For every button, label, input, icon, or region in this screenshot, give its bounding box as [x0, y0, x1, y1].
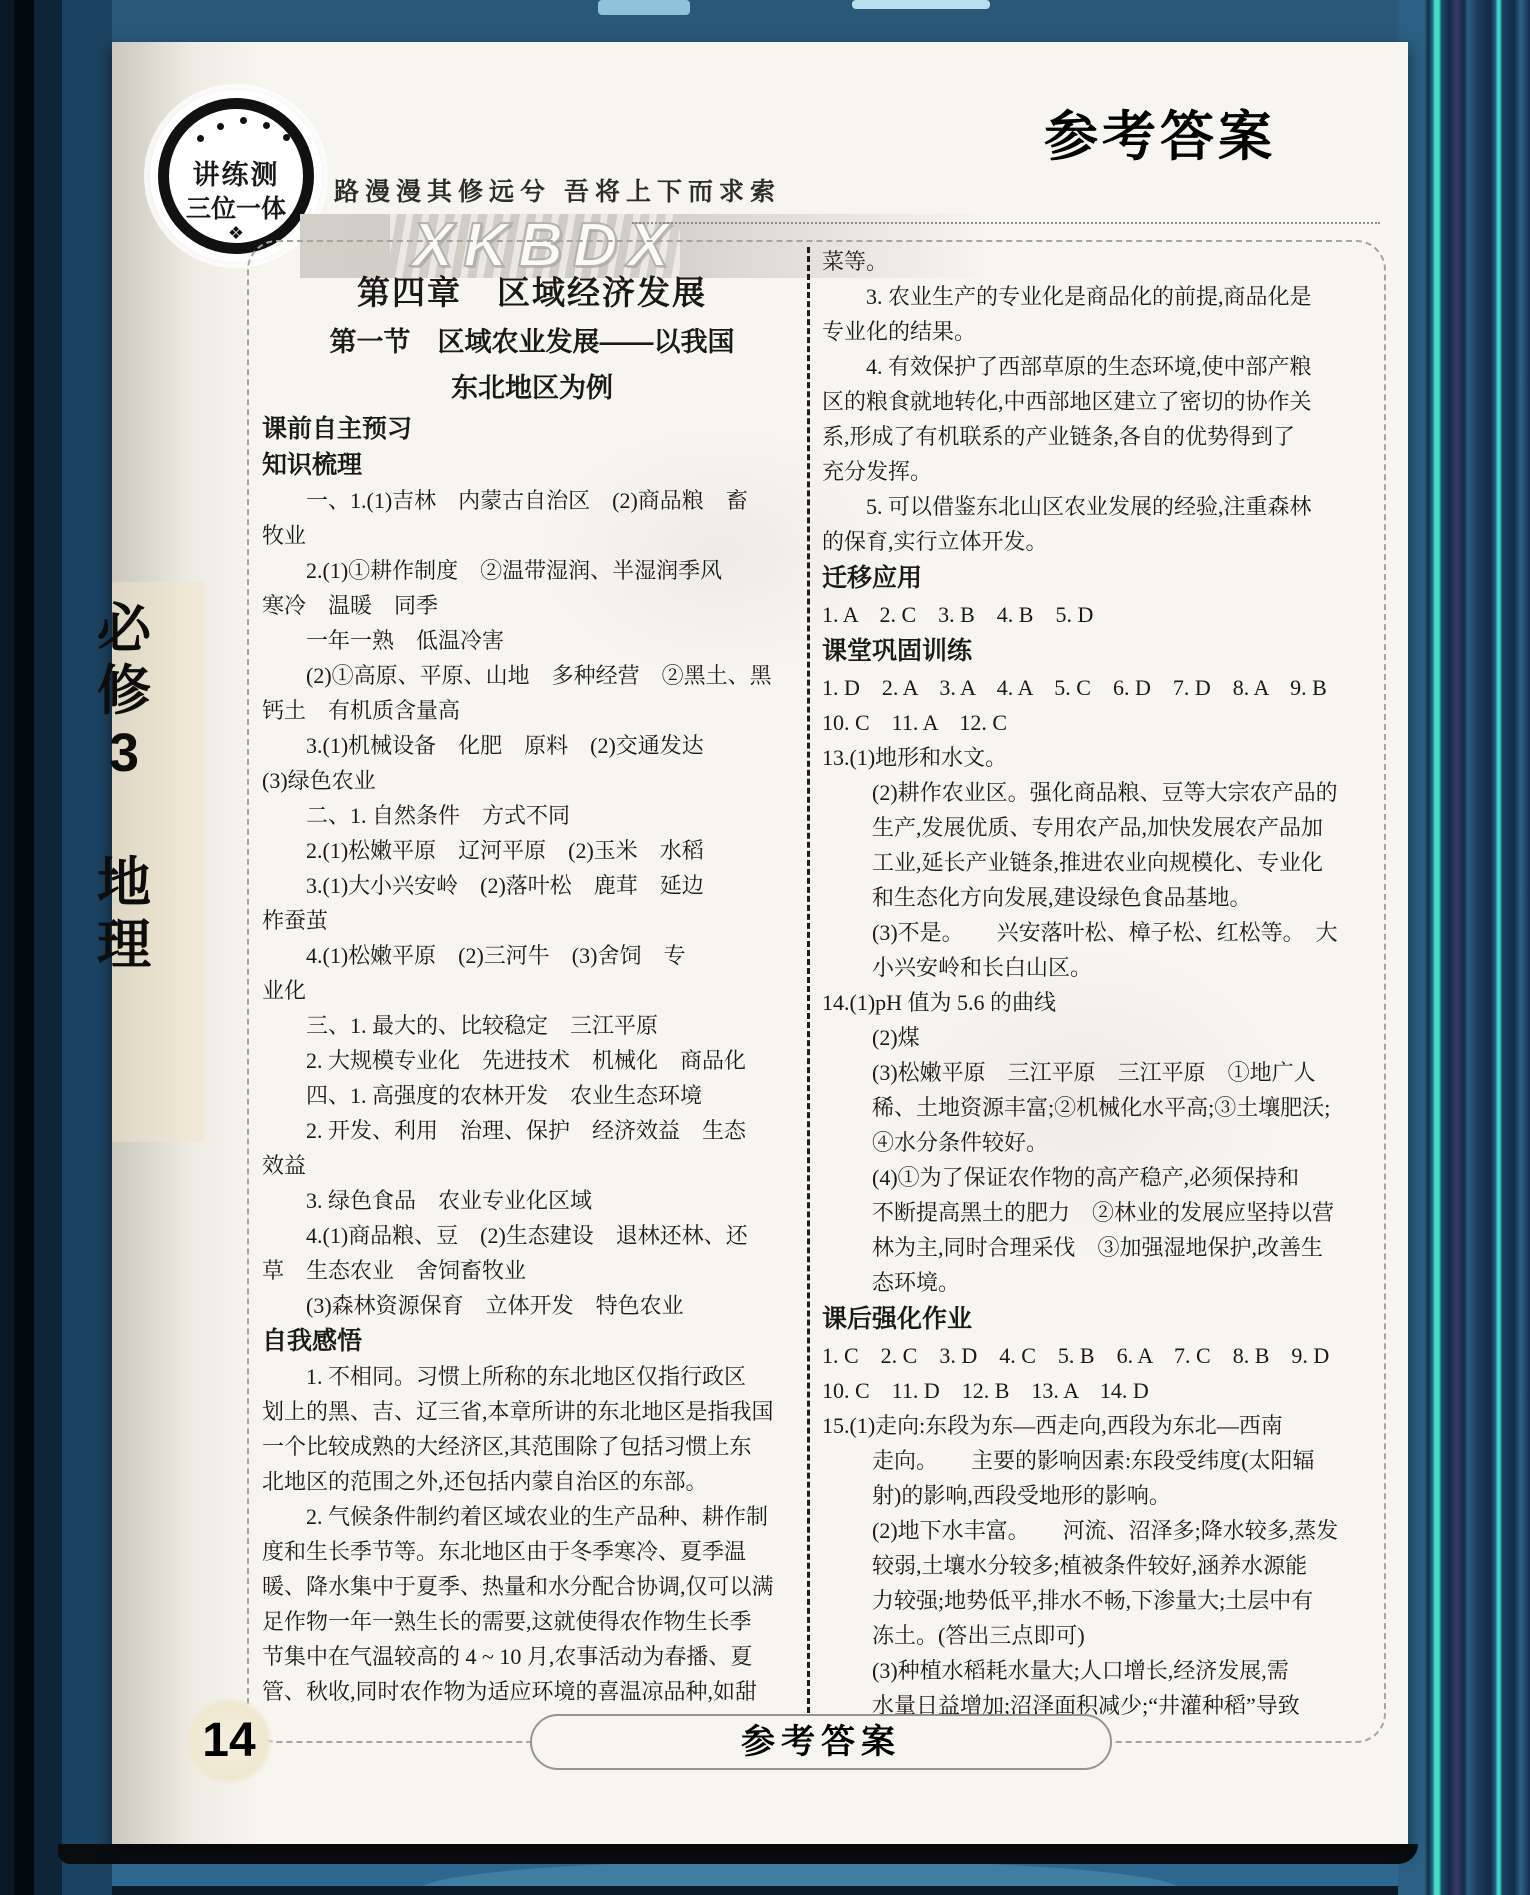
right-column: 菜等。3. 农业生产的专业化是商品化的前提,商品化是专业化的结果。4. 有效保护… [822, 244, 1382, 1723]
text-line: 2.(1)①耕作制度 ②温带湿润、半湿润季风 [262, 553, 802, 588]
text-line: 钙土 有机质含量高 [262, 693, 802, 728]
page-number: 14 [186, 1698, 272, 1784]
section-heading: 知识梳理 [262, 447, 802, 483]
text-line: (2)煤 [822, 1020, 1382, 1055]
page-number-value: 14 [202, 1714, 255, 1767]
left-column: 第四章 区域经济发展第一节 区域农业发展——以我国东北地区为例课前自主预习知识梳… [262, 267, 802, 1709]
text-line: 3. 农业生产的专业化是商品化的前提,商品化是 [822, 279, 1382, 314]
text-line: 3.(1)机械设备 化肥 原料 (2)交通发达 [262, 728, 802, 763]
sidebar-tab-group: 地理 [92, 852, 156, 976]
text-line: 3.(1)大小兴安岭 (2)落叶松 鹿茸 延边 [262, 868, 802, 903]
text-line: 冻土。(答出三点即可) [822, 1618, 1382, 1653]
page-drop-shadow [58, 1844, 1418, 1864]
column-divider [807, 247, 810, 1722]
section-heading: 自我感悟 [262, 1323, 802, 1359]
text-line: 15.(1)走向:东段为东—西走向,西段为东北—西南 [822, 1408, 1382, 1443]
text-line: 生产,发展优质、专用农产品,加快发展农产品加 [822, 810, 1382, 845]
sidebar-tab-group: 必修3 [92, 598, 156, 784]
text-line: 3. 绿色食品 农业专业化区域 [262, 1183, 802, 1218]
sidebar-tab-char: 理 [92, 914, 156, 976]
title-line: 东北地区为例 [262, 365, 802, 411]
sidebar-tab-char: 修 [92, 660, 156, 722]
footer-label-text: 参考答案 [741, 1723, 901, 1761]
text-line: 二、1. 自然条件 方式不同 [262, 798, 802, 833]
background-stripe-pattern [1398, 0, 1530, 1895]
sidebar-tab: 必修3地理 [92, 598, 156, 1044]
text-line: 一年一熟 低温冷害 [262, 623, 802, 658]
text-line: 和生态化方向发展,建设绿色食品基地。 [822, 880, 1382, 915]
logo-text-line1: 讲练测 [169, 153, 303, 192]
text-line: 10. C 11. A 12. C [822, 705, 1382, 740]
text-line: 足作物一年一熟生长的需要,这就使得农作物生长季 [262, 1604, 802, 1639]
text-line: ④水分条件较好。 [822, 1125, 1382, 1160]
text-line: 态环境。 [822, 1265, 1382, 1300]
text-line: (3)松嫩平原 三江平原 三江平原 ①地广人 [822, 1055, 1382, 1090]
text-line: 划上的黑、吉、辽三省,本章所讲的东北地区是指我国 [262, 1394, 802, 1429]
title-line: 第一节 区域农业发展——以我国 [262, 319, 802, 365]
background-top-band [0, 0, 1530, 42]
text-line: 节集中在气温较高的 4 ~ 10 月,农事活动为春播、夏 [262, 1639, 802, 1674]
sidebar-tab-char: 地 [92, 852, 156, 914]
text-line: 林为主,同时合理采伐 ③加强湿地保护,改善生 [822, 1230, 1382, 1265]
text-line: 1. 不相同。习惯上所称的东北地区仅指行政区 [262, 1359, 802, 1394]
screenshot-root: 讲练测 三位一体 ❖ 路漫漫其修远兮 吾将上下而求索 XKBDX 参考答案 第四… [0, 0, 1530, 1895]
text-line: 系,形成了有机联系的产业链条,各自的优势得到了 [822, 419, 1382, 454]
section-heading: 课堂巩固训练 [822, 632, 1382, 670]
text-line: 效益 [262, 1148, 802, 1183]
text-line: 小兴安岭和长白山区。 [822, 950, 1382, 985]
publisher-logo: 讲练测 三位一体 ❖ [150, 90, 322, 262]
text-line: 寒冷 温暖 同季 [262, 588, 802, 623]
text-line: (3)不是。 兴安落叶松、樟子松、红松等。 大 [822, 915, 1382, 950]
text-line: 业化 [262, 973, 802, 1008]
text-line: 一个比较成熟的大经济区,其范围除了包括习惯上东 [262, 1429, 802, 1464]
text-line: 北地区的范围之外,还包括内蒙自治区的东部。 [262, 1464, 802, 1499]
section-heading: 课后强化作业 [822, 1300, 1382, 1338]
header-rule [632, 222, 1380, 224]
text-line: 力较强;地势低平,排水不畅,下渗量大;土层中有 [822, 1583, 1382, 1618]
text-line: 1. D 2. A 3. A 4. A 5. C 6. D 7. D 8. A … [822, 670, 1382, 705]
text-line: (2)地下水丰富。 河流、沼泽多;降水较多,蒸发 [822, 1513, 1382, 1548]
text-line: 14.(1)pH 值为 5.6 的曲线 [822, 985, 1382, 1020]
text-line: 草 生态农业 舍饲畜牧业 [262, 1253, 802, 1288]
text-line: 度和生长季节等。东北地区由于冬季寒冷、夏季温 [262, 1534, 802, 1569]
text-line: (4)①为了保证农作物的高产稳产,必须保持和 [822, 1160, 1382, 1195]
text-line: 四、1. 高强度的农林开发 农业生态环境 [262, 1078, 802, 1113]
text-line: 1. A 2. C 3. B 4. B 5. D [822, 597, 1382, 632]
text-line: 稀、土地资源丰富;②机械化水平高;③土壤肥沃; [822, 1090, 1382, 1125]
text-line: 充分发挥。 [822, 454, 1382, 489]
text-line: (3)绿色农业 [262, 763, 802, 798]
text-line: 管、秋收,同时农作物为适应环境的喜温凉品种,如甜 [262, 1674, 802, 1709]
text-line: 工业,延长产业链条,推进农业向规模化、专业化 [822, 845, 1382, 880]
text-line: 柞蚕茧 [262, 903, 802, 938]
text-line: 三、1. 最大的、比较稳定 三江平原 [262, 1008, 802, 1043]
footer-label: 参考答案 [530, 1714, 1112, 1770]
text-line: 4.(1)松嫩平原 (2)三河牛 (3)舍饲 专 [262, 938, 802, 973]
text-line: 2. 开发、利用 治理、保护 经济效益 生态 [262, 1113, 802, 1148]
text-line: (2)①高原、平原、山地 多种经营 ②黑土、黑 [262, 658, 802, 693]
title-line: 第四章 区域经济发展 [262, 267, 802, 319]
sidebar-tab-char: 3 [92, 722, 156, 784]
text-line: 走向。 主要的影响因素:东段受纬度(太阳辐 [822, 1443, 1382, 1478]
page-title: 参考答案 [1044, 94, 1276, 171]
logo-ring-icon: 讲练测 三位一体 ❖ [158, 98, 314, 254]
text-line: (3)森林资源保育 立体开发 特色农业 [262, 1288, 802, 1323]
text-line: (2)耕作农业区。强化商品粮、豆等大宗农产品的 [822, 775, 1382, 810]
text-line: 4.(1)商品粮、豆 (2)生态建设 退林还林、还 [262, 1218, 802, 1253]
header-motto: 路漫漫其修远兮 吾将上下而求索 [334, 172, 781, 208]
text-line: 10. C 11. D 12. B 13. A 14. D [822, 1373, 1382, 1408]
logo-text-line2: 三位一体 [169, 189, 303, 225]
text-line: 暖、降水集中于夏季、热量和水分配合协调,仅可以满 [262, 1569, 802, 1604]
sidebar-tab-char: 必 [92, 598, 156, 660]
text-line: 一、1.(1)吉林 内蒙古自治区 (2)商品粮 畜 [262, 483, 802, 518]
text-line: 菜等。 [822, 244, 1382, 279]
text-line: 的保育,实行立体开发。 [822, 524, 1382, 559]
text-line: 1. C 2. C 3. D 4. C 5. B 6. A 7. C 8. B … [822, 1338, 1382, 1373]
text-line: 较弱,土壤水分较多;植被条件较好,涵养水源能 [822, 1548, 1382, 1583]
text-line: 2. 气候条件制约着区域农业的生产品种、耕作制 [262, 1499, 802, 1534]
text-line: (3)种植水稻耗水量大;人口增长,经济发展,需 [822, 1653, 1382, 1688]
text-line: 不断提高黑土的肥力 ②林业的发展应坚持以营 [822, 1195, 1382, 1230]
text-line: 5. 可以借鉴东北山区农业发展的经验,注重森林 [822, 489, 1382, 524]
text-line: 牧业 [262, 518, 802, 553]
text-line: 射)的影响,西段受地形的影响。 [822, 1478, 1382, 1513]
text-line: 专业化的结果。 [822, 314, 1382, 349]
section-heading: 迁移应用 [822, 559, 1382, 597]
text-line: 2. 大规模专业化 先进技术 机械化 商品化 [262, 1043, 802, 1078]
text-line: 2.(1)松嫩平原 辽河平原 (2)玉米 水稻 [262, 833, 802, 868]
section-heading: 课前自主预习 [262, 411, 802, 447]
text-line: 区的粮食就地转化,中西部地区建立了密切的协作关 [822, 384, 1382, 419]
text-line: 4. 有效保护了西部草原的生态环境,使中部产粮 [822, 349, 1382, 384]
text-line: 13.(1)地形和水文。 [822, 740, 1382, 775]
scanned-page: 讲练测 三位一体 ❖ 路漫漫其修远兮 吾将上下而求索 XKBDX 参考答案 第四… [112, 42, 1408, 1844]
